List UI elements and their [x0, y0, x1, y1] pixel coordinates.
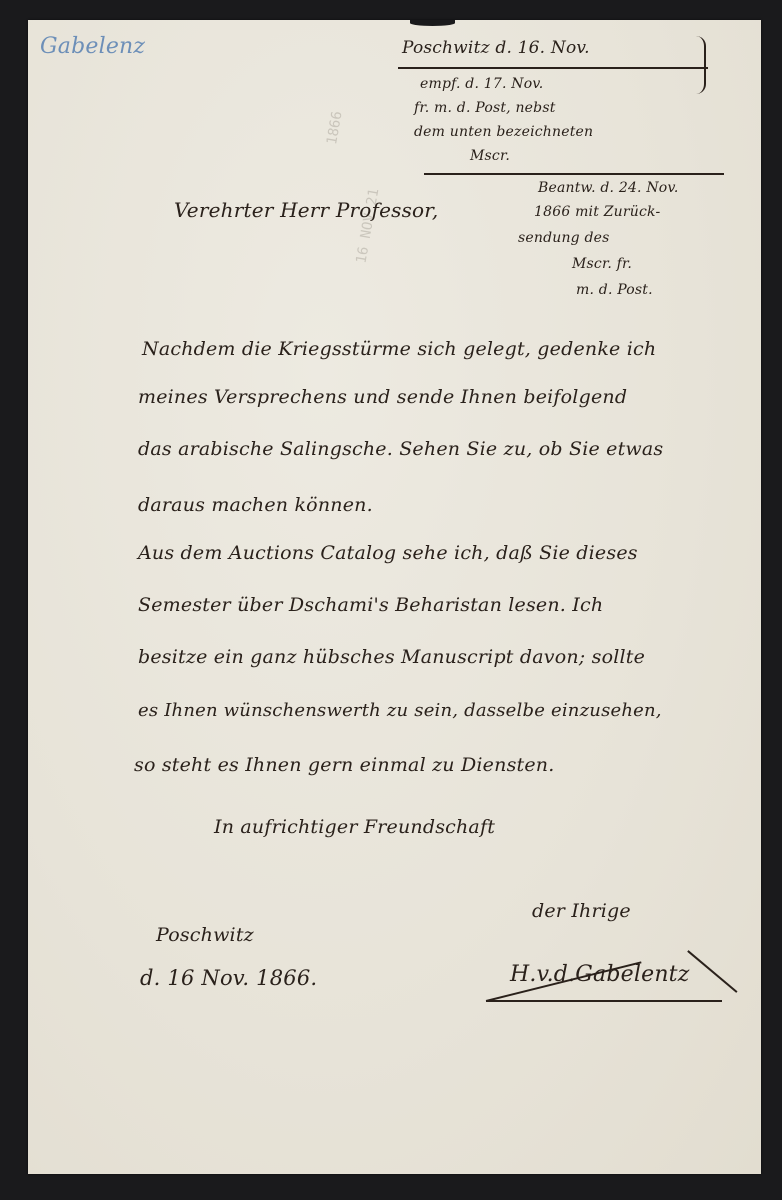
complimentary-close: In aufrichtiger Freundschaft	[214, 816, 495, 838]
salutation: Verehrter Herr Professor,	[174, 198, 438, 222]
date: d. 16 Nov. 1866.	[140, 966, 317, 990]
archive-note-line-1: Poschwitz d. 16. Nov.	[402, 38, 590, 58]
archive-note-line-4: dem unten bezeichneten	[414, 122, 593, 142]
archive-note-line-2: empf. d. 17. Nov.	[420, 74, 543, 94]
body-line-8: es Ihnen wünschenswerth zu sein, dasselb…	[138, 700, 662, 721]
body-line-3: das arabische Salingsche. Sehen Sie zu, …	[138, 438, 663, 460]
closing: der Ihrige	[532, 900, 631, 922]
body-line-2: meines Versprechens und sende Ihnen beif…	[138, 386, 627, 408]
body-line-5: Aus dem Auctions Catalog sehe ich, daß S…	[138, 542, 638, 564]
archive-note-line-5: Mscr.	[470, 146, 510, 166]
archive-note-bottom-rule	[424, 173, 724, 175]
archive-note-rule	[398, 67, 708, 69]
reply-note-line-4: Mscr. fr.	[572, 254, 632, 274]
reply-note-line-2: 1866 mit Zurück-	[534, 202, 660, 222]
pencil-annotation: Gabelenz	[40, 34, 145, 59]
reply-note-line-3: sendung des	[518, 228, 610, 248]
reply-note-line-5: m. d. Post.	[576, 280, 653, 300]
archive-note-line-3: fr. m. d. Post, nebst	[414, 98, 556, 118]
signature-flourish-base	[486, 1000, 722, 1002]
reply-note-line-1: Beantw. d. 24. Nov.	[538, 178, 679, 198]
archive-note-bracket	[694, 36, 706, 94]
body-line-1: Nachdem die Kriegsstürme sich gelegt, ge…	[142, 338, 656, 360]
place: Poschwitz	[156, 924, 254, 946]
body-line-4: daraus machen können.	[138, 494, 373, 516]
body-line-7: besitze ein ganz hübsches Manuscript dav…	[138, 646, 645, 668]
body-line-9: so steht es Ihnen gern einmal zu Dienste…	[134, 754, 554, 776]
signature: H.v.d.Gabelentz	[510, 962, 690, 987]
paper-notch	[410, 20, 455, 26]
body-line-6: Semester über Dschami's Beharistan lesen…	[138, 594, 603, 616]
